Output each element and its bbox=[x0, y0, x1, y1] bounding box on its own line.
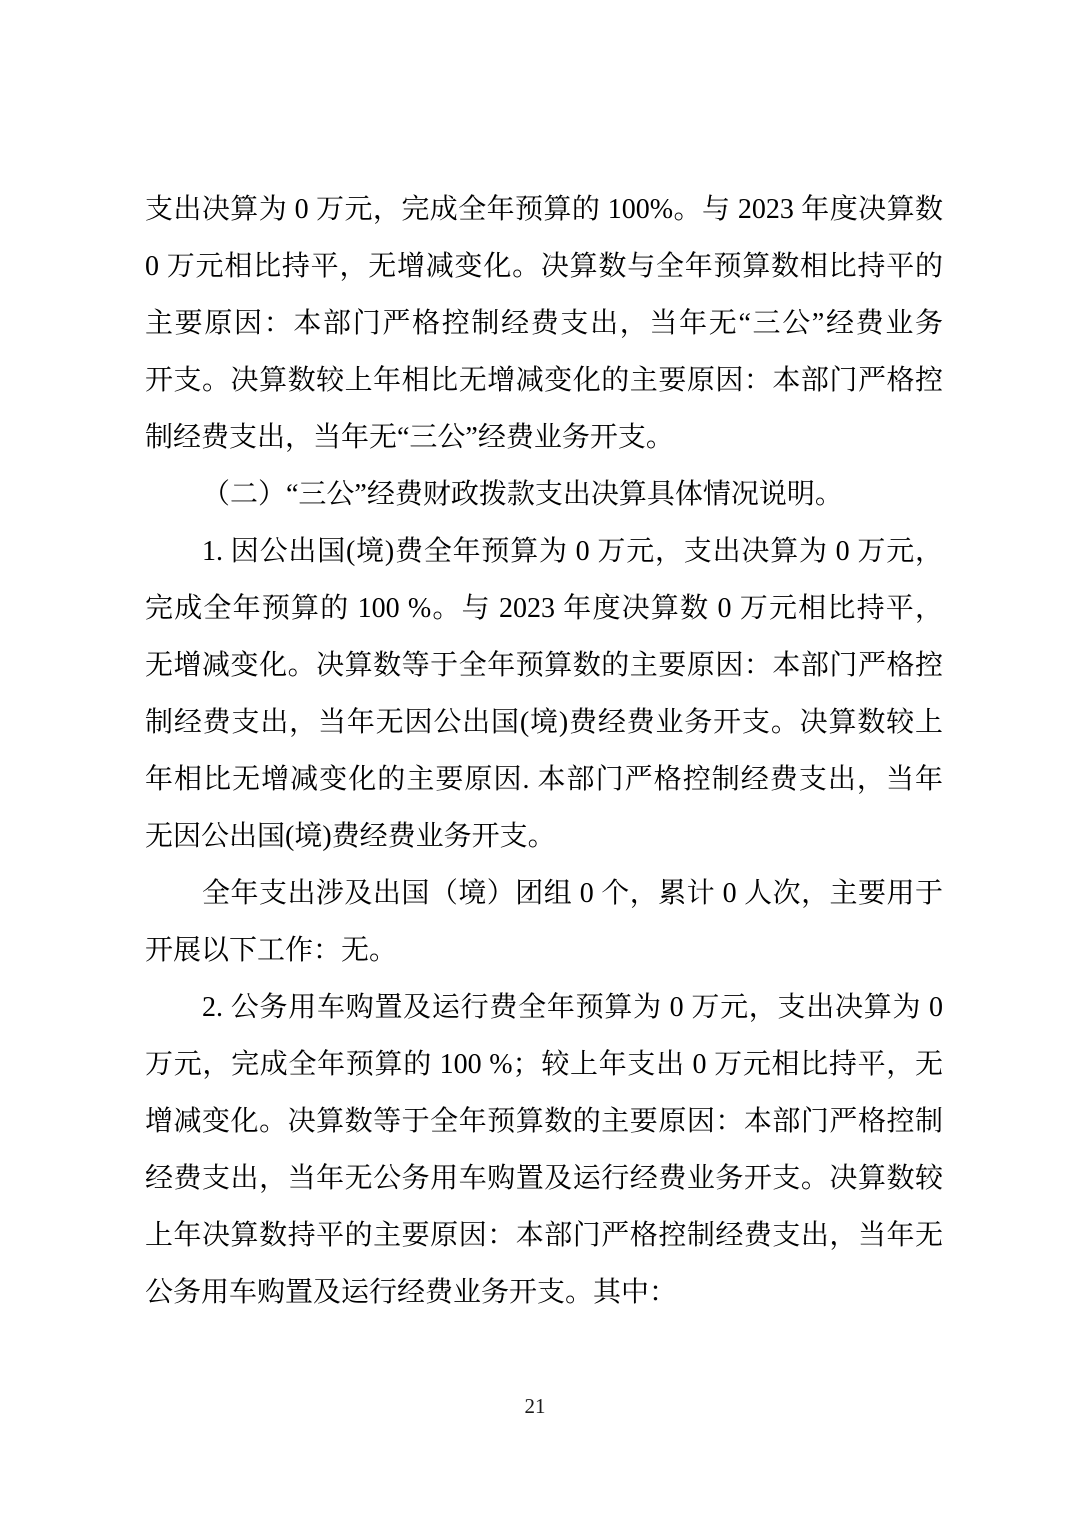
text-line: 年相比无增减变化的主要原因. 本部门严格控制经费支出，当年 bbox=[145, 751, 943, 808]
text-line: 全年支出涉及出国（境）团组 0 个，累计 0 人次，主要用于 bbox=[145, 865, 943, 922]
page-number: 21 bbox=[0, 1394, 1070, 1418]
text-line: 万元，完成全年预算的 100 %；较上年支出 0 万元相比持平，无 bbox=[145, 1036, 943, 1093]
text-line: 无增减变化。决算数等于全年预算数的主要原因：本部门严格控 bbox=[145, 637, 943, 694]
text-line: 0 万元相比持平，无增减变化。决算数与全年预算数相比持平的 bbox=[145, 238, 943, 295]
text-line: 完成全年预算的 100 %。与 2023 年度决算数 0 万元相比持平， bbox=[145, 580, 943, 637]
text-line: 开支。决算数较上年相比无增减变化的主要原因：本部门严格控 bbox=[145, 352, 943, 409]
text-line: 开展以下工作：无。 bbox=[145, 922, 943, 979]
text-line: 公务用车购置及运行经费业务开支。其中： bbox=[145, 1264, 943, 1321]
text-line: 制经费支出，当年无因公出国(境)费经费业务开支。决算数较上 bbox=[145, 694, 943, 751]
text-line: 2. 公务用车购置及运行费全年预算为 0 万元，支出决算为 0 bbox=[145, 979, 943, 1036]
text-line: 增减变化。决算数等于全年预算数的主要原因：本部门严格控制 bbox=[145, 1093, 943, 1150]
text-line: 制经费支出，当年无“三公”经费业务开支。 bbox=[145, 409, 943, 466]
text-line: 主要原因：本部门严格控制经费支出，当年无“三公”经费业务 bbox=[145, 295, 943, 352]
text-line: 无因公出国(境)费经费业务开支。 bbox=[145, 808, 943, 865]
text-line: （二）“三公”经费财政拨款支出决算具体情况说明。 bbox=[145, 466, 943, 523]
text-line: 经费支出，当年无公务用车购置及运行经费业务开支。决算数较 bbox=[145, 1150, 943, 1207]
text-line: 支出决算为 0 万元，完成全年预算的 100%。与 2023 年度决算数 bbox=[145, 181, 943, 238]
document-page: 支出决算为 0 万元，完成全年预算的 100%。与 2023 年度决算数0 万元… bbox=[0, 0, 1074, 1520]
text-line: 上年决算数持平的主要原因：本部门严格控制经费支出，当年无 bbox=[145, 1207, 943, 1264]
document-body: 支出决算为 0 万元，完成全年预算的 100%。与 2023 年度决算数0 万元… bbox=[145, 181, 943, 1321]
text-line: 1. 因公出国(境)费全年预算为 0 万元，支出决算为 0 万元， bbox=[145, 523, 943, 580]
